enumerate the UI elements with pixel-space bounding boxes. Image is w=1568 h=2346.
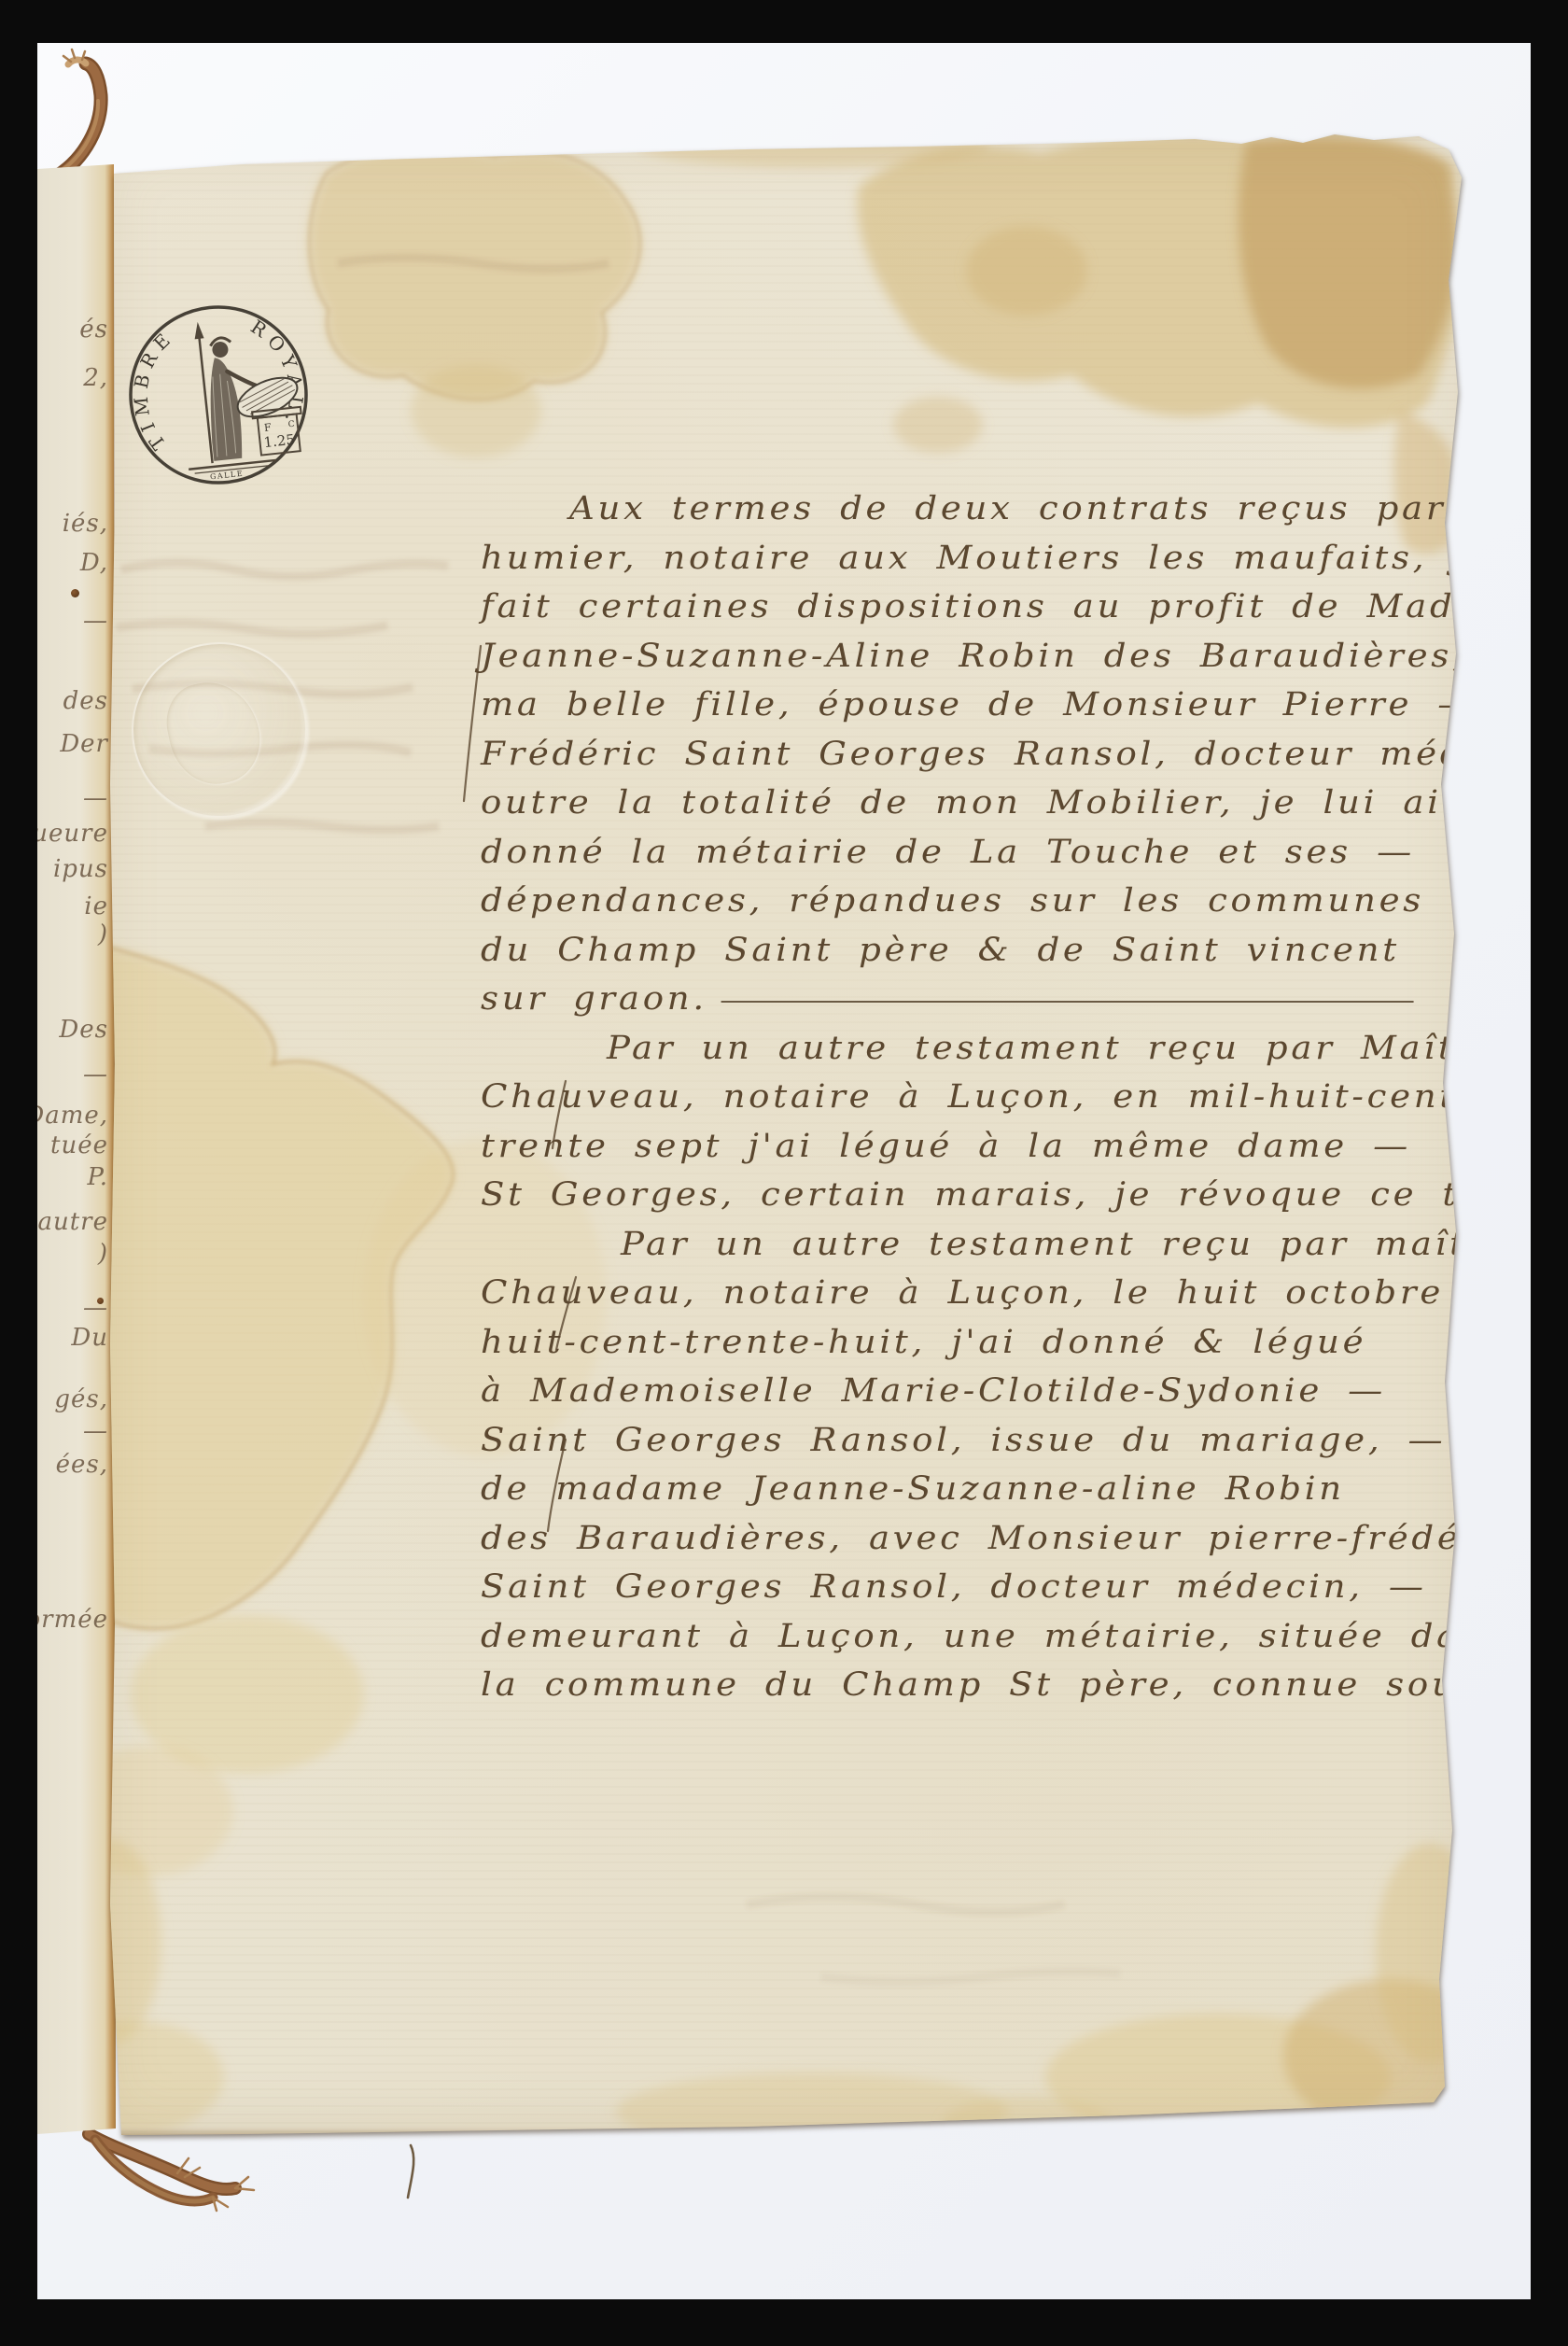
scanned-manuscript: és 2, iés, D, — des Der — ueure ipus ie … xyxy=(0,0,1568,2346)
manuscript-line: donné la métairie de La Touche et ses — xyxy=(481,828,1530,878)
document-page: TIMBRE ROYAL. xyxy=(93,131,1470,2138)
manuscript-line: des Baraudières, avec Monsieur pierre-fr… xyxy=(481,1514,1530,1564)
manuscript-line: outre la totalité de mon Mobilier, je lu… xyxy=(481,779,1530,828)
manuscript-line: fait certaines dispositions au profit de… xyxy=(481,583,1530,632)
manuscript-line: Par un autre testament reçu par maître xyxy=(621,1220,1521,1270)
manuscript-line: sur graon. xyxy=(481,975,1530,1024)
embossed-dry-seal xyxy=(132,642,307,818)
manuscript-line: Aux termes de deux contrats reçus par xyxy=(569,485,1524,534)
stamp-currency-f: F xyxy=(263,421,272,434)
manuscript-line: trente sept j'ai légué à la même dame — xyxy=(481,1122,1530,1172)
manuscript-line: humier, notaire aux Moutiers les maufait… xyxy=(481,534,1530,583)
manuscript-line: à Mademoiselle Marie-Clotilde-Sydonie — xyxy=(481,1367,1530,1416)
manuscript-line: Frédéric Saint Georges Ransol, docteur m… xyxy=(481,730,1530,780)
manuscript-text-block: Aux termes de deux contrats reçus par hu… xyxy=(481,485,1470,1710)
flourish-rule xyxy=(721,1001,1414,1003)
stain-bottom-center xyxy=(616,2072,1008,2138)
stamp-currency-c: C xyxy=(287,420,295,430)
manuscript-line: Jeanne-Suzanne-Aline Robin des Baraudièr… xyxy=(481,632,1530,681)
stamp-value: 1.25 xyxy=(263,431,296,451)
manuscript-line: ma belle fille, épouse de Monsieur Pierr… xyxy=(481,681,1530,730)
manuscript-line: St Georges, certain marais, je révoque c… xyxy=(481,1171,1530,1220)
manuscript-line: Chauveau, notaire à Luçon, le huit octob… xyxy=(481,1269,1530,1318)
manuscript-line: Saint Georges Ransol, docteur médecin, — xyxy=(481,1563,1530,1612)
document-page-wrap: TIMBRE ROYAL. xyxy=(93,131,1470,2138)
minerva-figure xyxy=(174,312,310,474)
manuscript-line: Par un autre testament reçu par Maître xyxy=(607,1024,1522,1074)
manuscript-line: de madame Jeanne-Suzanne-aline Robin xyxy=(481,1465,1530,1514)
stain-top-center xyxy=(309,146,639,400)
manuscript-line: Saint Georges Ransol, issue du mariage, … xyxy=(481,1416,1530,1466)
spear-icon xyxy=(199,335,212,463)
manuscript-line: du Champ Saint père & de Saint vincent xyxy=(481,926,1530,976)
stain-corner-dark xyxy=(1239,137,1457,388)
manuscript-line: demeurant à Luçon, une métairie, située … xyxy=(481,1612,1530,1662)
manuscript-line: la commune du Champ St père, connue sous… xyxy=(481,1661,1530,1710)
timbre-royal-stamp: TIMBRE ROYAL. xyxy=(116,292,321,498)
manuscript-line: huit-cent-trente-huit, j'ai donné & légu… xyxy=(481,1318,1530,1368)
manuscript-line: dépendances, répandues sur les communes xyxy=(481,877,1530,926)
pen-mark xyxy=(392,2138,429,2213)
binding-hole xyxy=(71,589,79,597)
manuscript-line: Chauveau, notaire à Luçon, en mil-huit-c… xyxy=(481,1073,1530,1122)
spearhead-icon xyxy=(193,321,204,339)
stamp-graphic: TIMBRE ROYAL. xyxy=(116,292,321,498)
manuscript-line-text: sur graon. xyxy=(481,975,707,1024)
